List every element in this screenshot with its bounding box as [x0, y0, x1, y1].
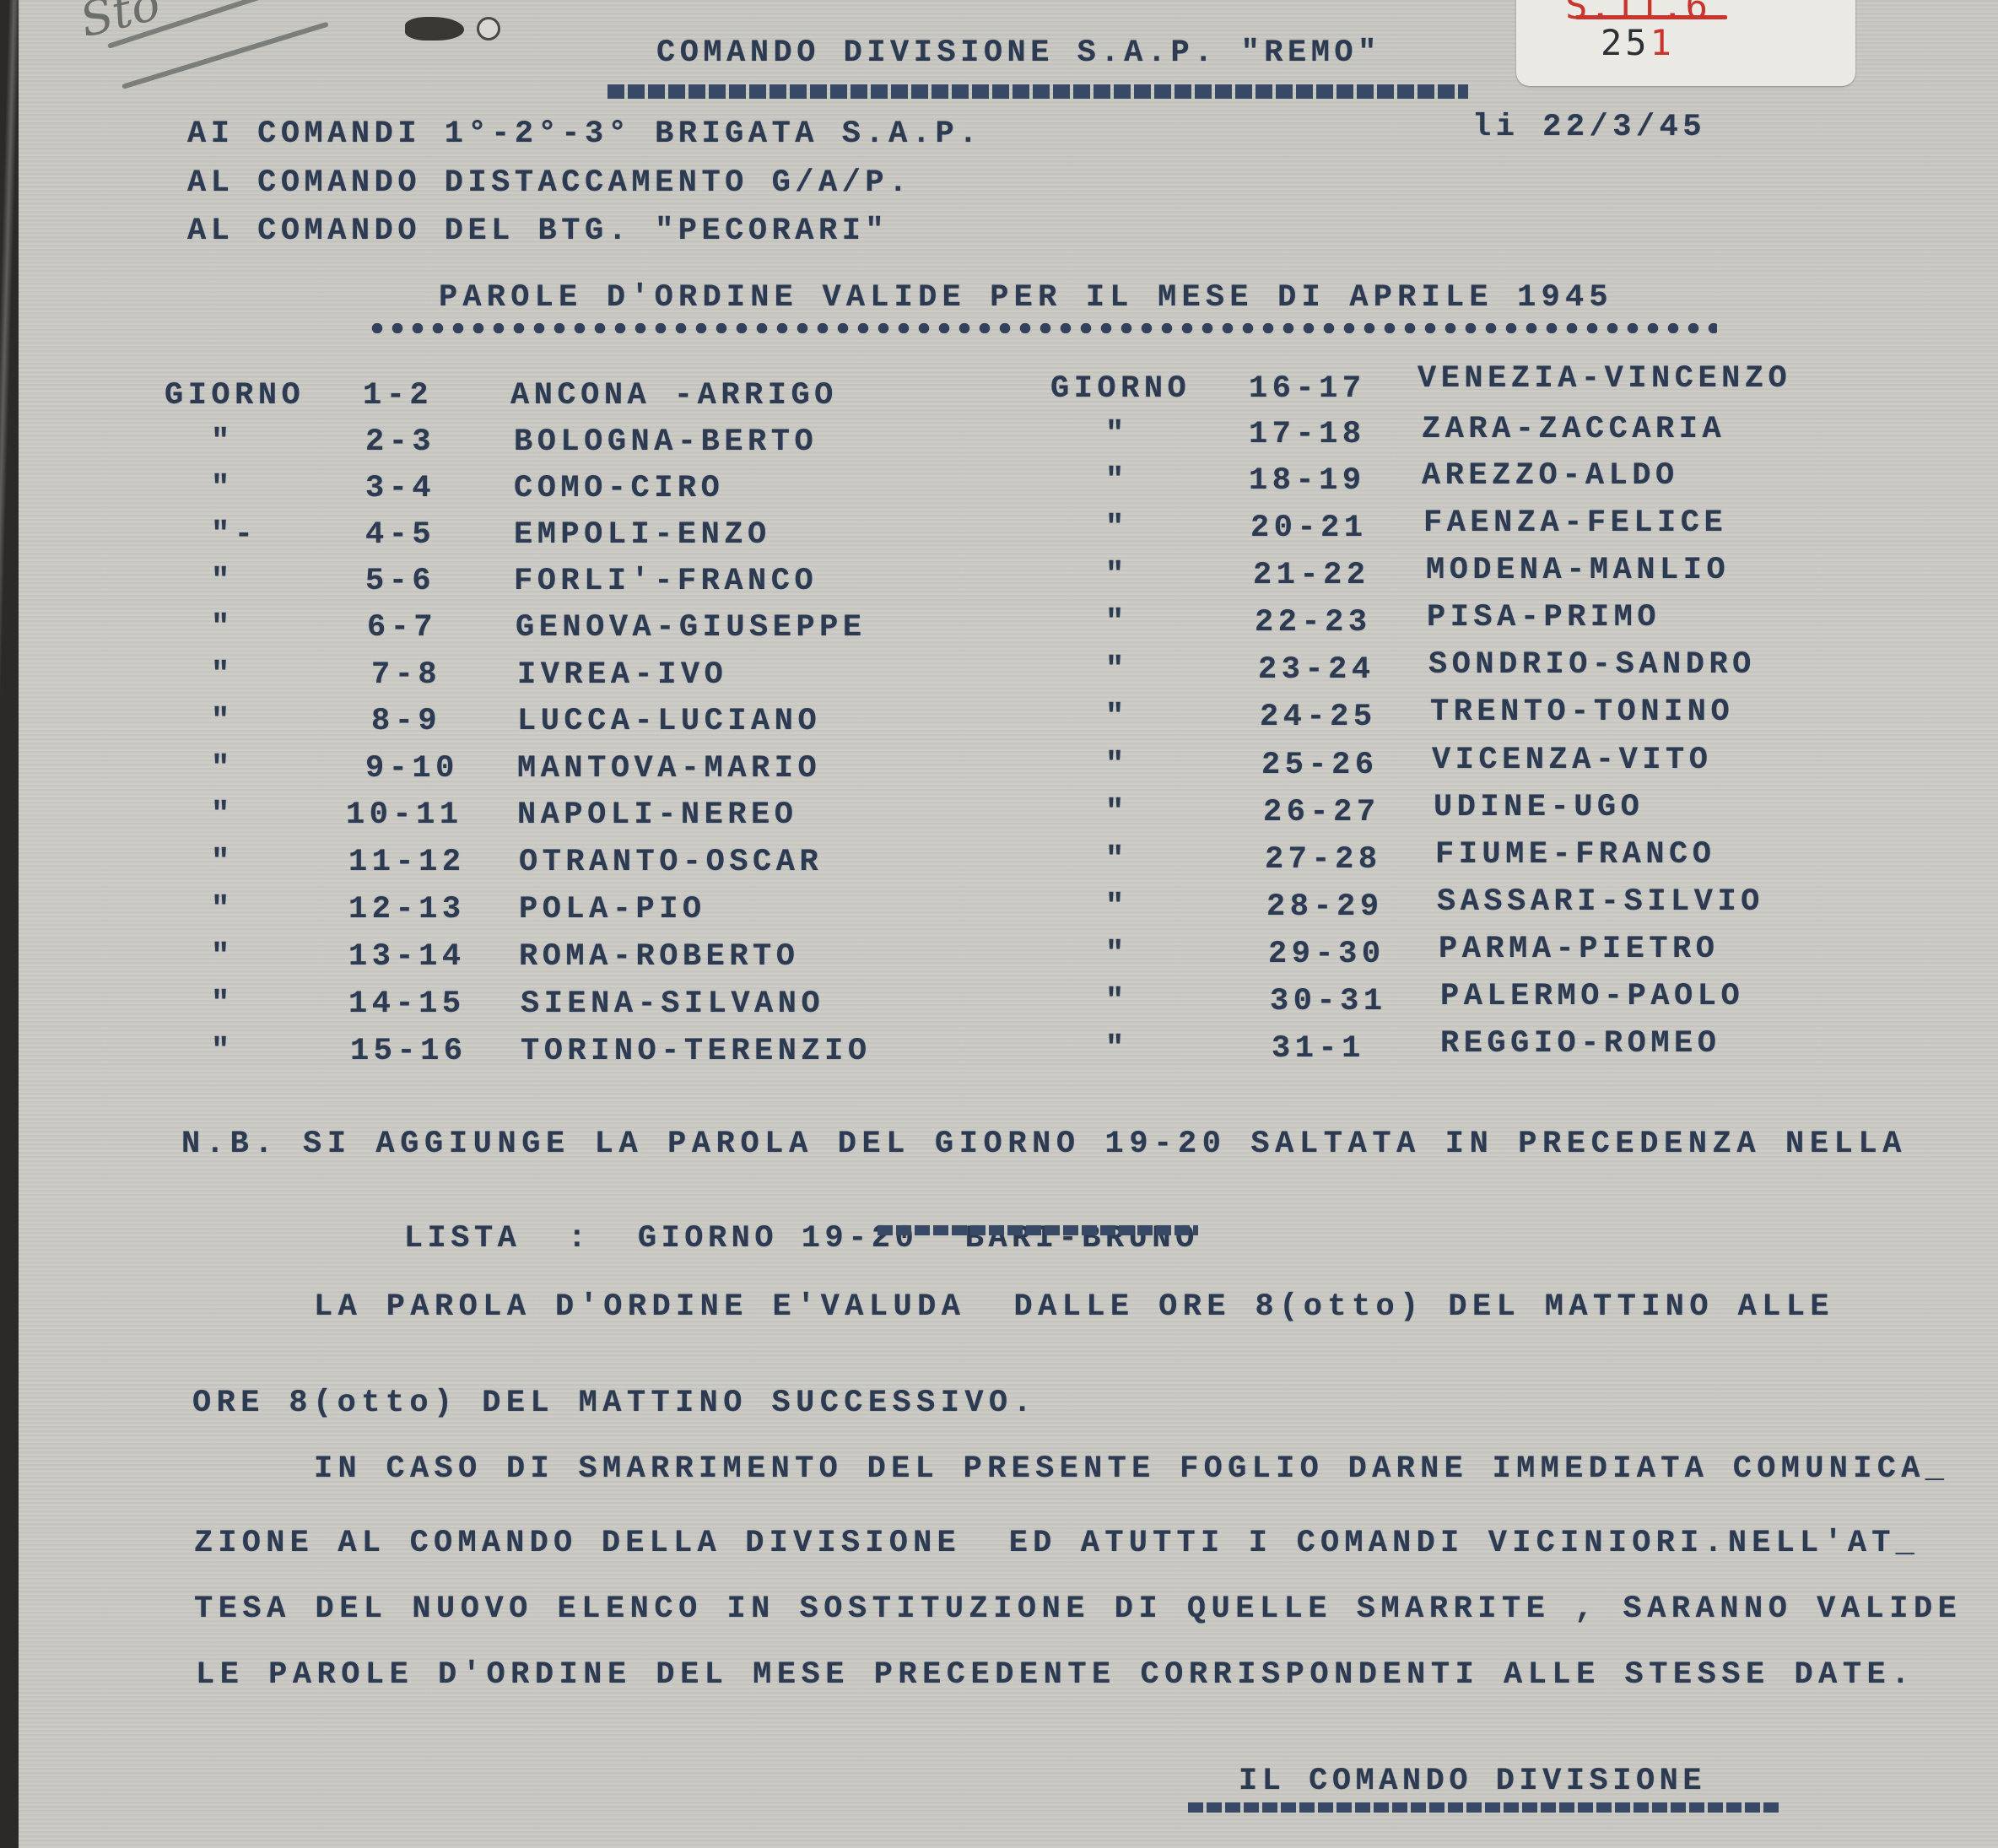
password: FORLI'-FRANCO [514, 564, 818, 599]
password: VENEZIA-VINCENZO [1417, 361, 1791, 397]
day-label: " [211, 939, 235, 975]
recipient-line: AL COMANDO DEL BTG. "PECORARI" [187, 213, 888, 249]
day-label: " [1105, 748, 1129, 783]
recipient-line: AL COMANDO DISTACCAMENTO G/A/P. [187, 165, 912, 201]
day-label: " [211, 751, 235, 786]
day-range: 21-22 [1253, 558, 1370, 593]
password: SASSARI-SILVIO [1437, 884, 1764, 920]
day-range: 27-28 [1265, 842, 1382, 878]
day-range: 6-7 [367, 610, 437, 646]
day-label: " [211, 471, 235, 506]
password: UDINE-UGO [1434, 790, 1644, 825]
day-range: 16-17 [1249, 371, 1366, 407]
password: AREZZO-ALDO [1422, 458, 1679, 494]
day-label: " [1105, 984, 1129, 1019]
password: NAPOLI-NEREO [517, 797, 797, 833]
password: ZARA-ZACCARIA [1422, 412, 1725, 447]
note-lista-prefix: LISTA : GIORNO 19-20 [404, 1221, 918, 1256]
loss-paragraph-line: IN CASO DI SMARRIMENTO DEL PRESENTE FOGL… [314, 1451, 1949, 1487]
archive-number: 251 [1601, 22, 1675, 63]
password: PALERMO-PAOLO [1440, 979, 1744, 1014]
password: ROMA-ROBERTO [519, 939, 799, 975]
day-range: 14-15 [348, 986, 466, 1022]
day-label: " [211, 1034, 235, 1069]
subtitle: PAROLE D'ORDINE VALIDE PER IL MESE DI AP… [439, 280, 1613, 316]
day-label: " [1105, 700, 1129, 735]
document-title: COMANDO DIVISIONE S.A.P. "REMO" [656, 35, 1381, 71]
password: SONDRIO-SANDRO [1428, 647, 1756, 683]
day-label: " [211, 892, 235, 927]
password: TRENTO-TONINO [1430, 694, 1734, 730]
note-password-underline [877, 1225, 1198, 1232]
day-range: 4-5 [365, 517, 435, 553]
password: TORINO-TERENZIO [521, 1034, 872, 1069]
day-range: 18-19 [1249, 463, 1366, 499]
signature: IL COMANDO DIVISIONE [1239, 1764, 1706, 1799]
day-label: "- [211, 517, 257, 553]
password: MANTOVA-MARIO [517, 751, 821, 786]
loss-paragraph-line: TESA DEL NUOVO ELENCO IN SOSTITUZIONE DI… [194, 1591, 1962, 1627]
archive-number-red: 1 [1650, 22, 1675, 63]
archive-code-underline [1575, 15, 1727, 19]
day-label: " [1105, 795, 1129, 830]
password: FAENZA-FELICE [1423, 505, 1727, 541]
day-range: 17-18 [1249, 417, 1366, 452]
punch-hole [477, 17, 500, 41]
day-range: 9-10 [365, 751, 459, 786]
password: IVREA-IVO [517, 657, 727, 693]
day-label: " [211, 564, 235, 599]
day-range: 23-24 [1258, 652, 1375, 688]
note-line-1: N.B. SI AGGIUNGE LA PAROLA DEL GIORNO 19… [181, 1127, 1907, 1162]
password: MODENA-MANLIO [1426, 553, 1730, 588]
day-range: 30-31 [1270, 984, 1387, 1019]
day-label: " [211, 657, 235, 693]
archive-label: S.11.6 251 [1516, 0, 1855, 86]
day-range: 26-27 [1263, 795, 1380, 830]
day-label: " [1105, 1031, 1129, 1067]
day-range: 1-2 [363, 378, 433, 413]
password: REGGIO-ROMEO [1440, 1026, 1720, 1062]
subtitle-underline [367, 323, 1717, 333]
day-label: " [211, 424, 235, 460]
day-range: 31-1 [1272, 1031, 1365, 1067]
password: SIENA-SILVANO [521, 986, 824, 1022]
title-underline [607, 88, 1468, 99]
archive-number-black: 25 [1601, 22, 1650, 63]
day-range: 13-14 [348, 939, 466, 975]
day-label: " [1105, 842, 1129, 878]
day-label: " [1105, 652, 1129, 688]
day-label: " [1105, 558, 1129, 593]
password: GENOVA-GIUSEPPE [516, 610, 867, 646]
day-label: " [211, 704, 235, 739]
day-range: 11-12 [348, 845, 466, 880]
day-range: 20-21 [1250, 511, 1368, 546]
day-range: 22-23 [1255, 605, 1372, 640]
day-label: " [1105, 605, 1129, 640]
day-range: 8-9 [371, 704, 441, 739]
day-range: 5-6 [365, 564, 435, 599]
password: ANCONA -ARRIGO [510, 378, 838, 413]
loss-paragraph-line: LE PAROLE D'ORDINE DEL MESE PRECEDENTE C… [196, 1657, 1915, 1693]
signature-underline [1188, 1802, 1779, 1809]
password: POLA-PIO [519, 892, 706, 927]
password: EMPOLI-ENZO [514, 517, 771, 553]
recipient-line: AI COMANDI 1°-2°-3° BRIGATA S.A.P. [187, 116, 982, 152]
day-label: " [211, 986, 235, 1022]
password: OTRANTO-OSCAR [519, 845, 823, 880]
validity-line-2: ORE 8(otto) DEL MATTINO SUCCESSIVO. [192, 1386, 1037, 1421]
day-label: " [1105, 937, 1129, 972]
day-range: 7-8 [371, 657, 441, 693]
password: FIUME-FRANCO [1435, 837, 1715, 873]
day-label: " [211, 845, 235, 880]
day-range: 12-13 [348, 892, 466, 927]
day-range: 2-3 [365, 424, 435, 460]
paper-tear [405, 17, 464, 41]
password: VICENZA-VITO [1432, 743, 1712, 778]
day-label: " [1105, 889, 1129, 925]
validity-line-1: LA PAROLA D'ORDINE E'VALUDA DALLE ORE 8(… [314, 1289, 1834, 1325]
day-label: GIORNO [165, 378, 305, 413]
day-range: 29-30 [1268, 937, 1385, 972]
date: li 22/3/45 [1472, 110, 1706, 145]
password: BOLOGNA-BERTO [514, 424, 818, 460]
day-label: " [211, 797, 235, 833]
loss-paragraph-line: ZIONE AL COMANDO DELLA DIVISIONE ED ATUT… [194, 1526, 1920, 1561]
note-line-2: LISTA : GIORNO 19-20 BARI-BRUNO [310, 1186, 1199, 1292]
day-range: 24-25 [1260, 700, 1377, 735]
day-range: 25-26 [1261, 748, 1379, 783]
day-range: 15-16 [350, 1034, 467, 1069]
password: PISA-PRIMO [1427, 600, 1660, 635]
password: LUCCA-LUCIANO [517, 704, 821, 739]
day-range: 10-11 [346, 797, 463, 833]
day-range: 3-4 [365, 471, 435, 506]
password: COMO-CIRO [514, 471, 724, 506]
document-page: Sto S.11.6 251 COMANDO DIVISIONE S.A.P. … [0, 0, 1998, 1848]
day-range: 28-29 [1266, 889, 1384, 925]
day-label: " [211, 610, 235, 646]
day-label: " [1105, 511, 1129, 546]
day-label: " [1105, 463, 1129, 499]
day-label: GIORNO [1050, 371, 1191, 407]
password: PARMA-PIETRO [1439, 932, 1719, 967]
day-label: " [1105, 417, 1129, 452]
